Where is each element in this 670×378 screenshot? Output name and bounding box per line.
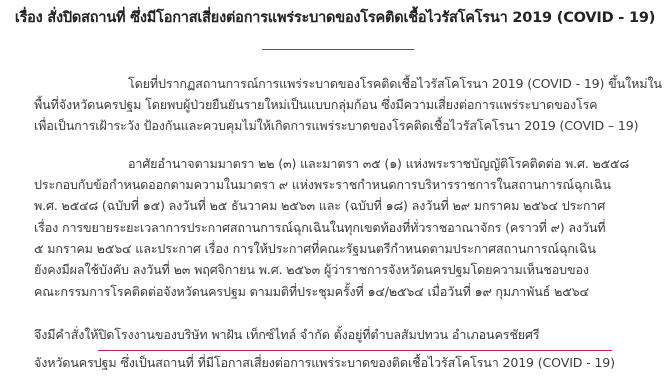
paragraph-1-line-1: โดยที่ปรากฏสถานการณ์การแพร่ระบาดของโรคติ… (128, 75, 662, 93)
paragraph-2-line-7: คณะกรรมการโรคติดต่อจังหวัดนครปฐม ตามมติท… (34, 283, 589, 301)
paragraph-2-line-4: เรื่อง การขยายระยะเวลาการประกาศสถานการณ์… (34, 219, 605, 237)
paragraph-1-line-2: พื้นที่จังหวัดนครปฐม โดยพบผู้ป่วยยืนยันร… (34, 96, 597, 114)
paragraph-2-line-3: พ.ศ. ๒๕๔๘ (ฉบับที่ ๑๕) ลงวันที่ ๒๕ ธันวา… (34, 197, 605, 215)
paragraph-2-line-2: ประกอบกับข้อกำหนดออกตามความในมาตรา ๙ แห่… (34, 176, 611, 194)
paragraph-1-line-3: เพื่อเป็นการเฝ้าระวัง ป้องกันและควบคุมไม… (34, 117, 638, 135)
paragraph-2-line-9: จังหวัดนครปฐม ซึ่งเป็นสถานที่ ที่มีโอกาส… (34, 354, 615, 372)
paragraph-2-line-5: ๕ มกราคม ๒๕๖๔ และประกาศ เรื่อง การให้ประ… (34, 240, 596, 258)
paragraph-2-line-8-highlighted: จึงมีคำสั่งให้ปิดโรงงานของบริษัท พาฝัน เ… (34, 326, 539, 344)
document-heading: เรื่อง สั่งปิดสถานที่ ซึ่งมีโอกาสเสี่ยงต… (0, 6, 670, 29)
paragraph-2-line-6: ยังคงมีผลใช้บังคับ ลงวันที่ ๒๓ พฤศจิกายน… (34, 261, 589, 279)
paragraph-2-line-1: อาศัยอำนาจตามมาตรา ๒๒ (๓) และมาตรา ๓๕ (๑… (128, 155, 629, 173)
red-underline-annotation (98, 350, 612, 351)
document-page: เรื่อง สั่งปิดสถานที่ ซึ่งมีโอกาสเสี่ยงต… (0, 0, 670, 378)
heading-divider (262, 49, 414, 50)
